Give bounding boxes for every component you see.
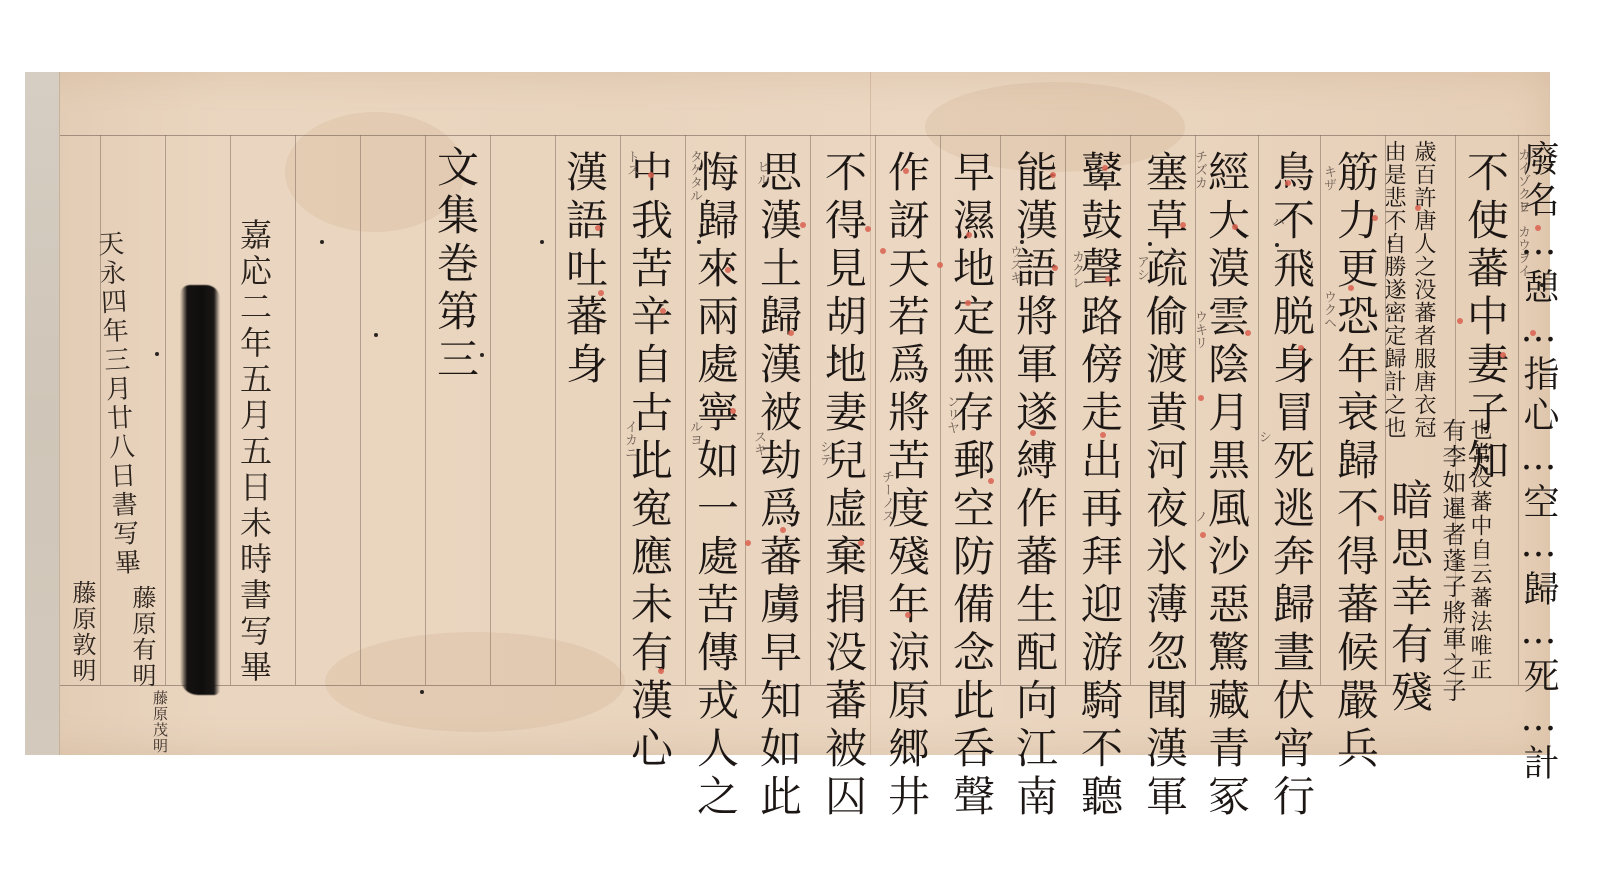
vermilion-dot <box>660 308 666 314</box>
text-column: 不得見胡地妻兒虚棄捐没蕃被囚 <box>822 150 864 822</box>
column-rule <box>1130 135 1131 685</box>
vermilion-dot <box>880 248 886 254</box>
kana-gloss: キザ <box>1322 165 1335 191</box>
column-rule <box>165 135 166 685</box>
vermilion-dot <box>1500 352 1506 358</box>
column-rule <box>360 135 361 685</box>
ink-dot <box>580 353 584 357</box>
vermilion-dot <box>658 668 664 674</box>
vermilion-dot <box>1372 215 1378 221</box>
vermilion-dot <box>1100 432 1106 438</box>
ink-dot <box>1388 240 1392 244</box>
text-column: 暗思幸有殘 <box>1388 478 1430 718</box>
kana-gloss: ルヨ <box>688 420 701 446</box>
ink-dot <box>1540 283 1544 287</box>
vermilion-dot <box>1415 205 1421 211</box>
ink-dot <box>480 353 484 357</box>
vermilion-dot <box>1030 430 1036 436</box>
paper-stain <box>325 632 625 732</box>
ink-dot <box>155 352 159 356</box>
column-rule <box>425 135 426 685</box>
vermilion-dot <box>1535 225 1541 231</box>
ink-dot <box>833 352 837 356</box>
vermilion-dot <box>1200 532 1206 538</box>
signature-small: 藤原茂明 <box>152 690 167 754</box>
vermilion-dot <box>648 172 654 178</box>
mounting-strip <box>25 72 60 755</box>
column-rule <box>875 135 876 685</box>
ink-dot <box>320 240 324 244</box>
kana-gloss: イカニ <box>623 420 636 459</box>
vermilion-dot <box>1298 345 1304 351</box>
kana-gloss: ンリヤ <box>945 395 958 434</box>
kana-gloss: ウキリ <box>1193 310 1206 349</box>
ink-dot <box>374 333 378 337</box>
column-rule <box>1258 135 1259 685</box>
vermilion-dot <box>1245 330 1251 336</box>
vermilion-dot <box>788 330 794 336</box>
signature: 藤原有明 <box>130 585 154 689</box>
vermilion-dot <box>988 478 994 484</box>
kana-gloss: シテ <box>818 440 831 466</box>
ink-dot <box>540 240 544 244</box>
vermilion-dot <box>1232 224 1238 230</box>
text-column: 筋力更恐年衰歸不得蕃候嚴兵 <box>1334 150 1376 774</box>
column-rule <box>490 135 491 685</box>
column-rule <box>295 135 296 685</box>
struck-out-colophon <box>180 285 220 695</box>
kana-gloss: ヒル <box>755 160 768 186</box>
ink-dot <box>1020 240 1024 244</box>
kana-gloss: シ <box>1257 430 1270 443</box>
vermilion-dot <box>1105 276 1111 282</box>
ink-dot <box>697 240 701 244</box>
ink-dot <box>1275 243 1279 247</box>
vermilion-dot <box>1102 165 1108 171</box>
vermilion-dot <box>905 612 911 618</box>
ink-dot <box>955 352 959 356</box>
column-rule <box>1065 135 1066 685</box>
kana-gloss: カクレ <box>1070 250 1083 289</box>
vermilion-dot <box>1180 222 1186 228</box>
column-rule <box>940 135 941 685</box>
interlinear-note: 有李如暹者蓬子將軍之子 <box>1440 418 1464 704</box>
text-column: 鳥不飛脱身冒死逃奔歸晝伏宵行 <box>1270 150 1312 822</box>
column-rule <box>1320 135 1321 685</box>
paper-seam <box>870 72 871 755</box>
vermilion-dot <box>1348 285 1354 291</box>
kana-gloss: チーノス <box>880 470 893 522</box>
column-rule <box>685 135 686 685</box>
volume-title: 文集巻第三 <box>434 145 476 385</box>
kana-gloss: アシ <box>1135 255 1148 281</box>
text-column: 中我苦辛自古此寃應未有漢心 <box>628 150 670 774</box>
column-rule <box>810 135 811 685</box>
vermilion-dot <box>1530 330 1536 336</box>
ink-dot <box>1148 242 1152 246</box>
bottom-rule-line <box>60 685 1550 686</box>
vermilion-dot <box>745 540 751 546</box>
kana-gloss: トス <box>625 150 638 176</box>
kana-gloss: カウヲイ <box>1516 225 1529 277</box>
vermilion-dot <box>780 527 786 533</box>
colophon-date: 嘉応二年五月五日未時書写畢 <box>238 218 270 686</box>
kana-gloss: ウクヘ <box>1322 290 1335 329</box>
kana-gloss: ハ <box>1270 215 1283 228</box>
text-column: 漢語吐蕃身 <box>563 150 605 390</box>
kana-gloss: ウスキ <box>1008 245 1021 284</box>
vermilion-dot <box>865 226 871 232</box>
text-column: 早濕地定無存郵空防備念此呑聲 <box>950 150 992 822</box>
vermilion-dot <box>965 300 971 306</box>
vermilion-dot <box>858 540 864 546</box>
column-rule <box>100 135 101 685</box>
text-column: 塞草疏偷渡黄河夜氷薄忽聞漢軍 <box>1143 150 1185 822</box>
vermilion-dot <box>730 408 736 414</box>
kana-gloss: スキ <box>752 430 765 456</box>
vermilion-dot <box>1457 318 1463 324</box>
ink-dot <box>1088 352 1092 356</box>
column-rule <box>230 135 231 685</box>
ink-dot <box>420 690 424 694</box>
vermilion-dot <box>598 290 604 296</box>
vermilion-dot <box>1285 180 1291 186</box>
vermilion-dot <box>1198 395 1204 401</box>
interlinear-note: 由是悲不自勝遂密定歸計之也 <box>1382 140 1404 439</box>
text-column: 經大漠雲陰月黒風沙惡驚藏青冢 <box>1205 150 1247 822</box>
top-rule-line <box>60 135 1550 136</box>
interlinear-note: 也常没蕃中自云蕃法唯正 <box>1468 418 1490 682</box>
column-rule <box>555 135 556 685</box>
vermilion-dot <box>903 168 909 174</box>
vermilion-dot <box>966 232 972 238</box>
signature: 藤原敦明 <box>70 580 94 684</box>
column-rule <box>620 135 621 685</box>
vermilion-dot <box>725 267 731 273</box>
kana-gloss: チズカ <box>1193 150 1206 189</box>
column-rule <box>745 135 746 685</box>
text-column: 鼙鼓聲路傍走出再拜迎游騎不聽 <box>1078 150 1120 822</box>
column-rule <box>1195 135 1196 685</box>
vermilion-dot <box>1378 515 1384 521</box>
vermilion-dot <box>937 262 943 268</box>
column-rule <box>1000 135 1001 685</box>
kana-gloss: タケタル <box>688 150 701 202</box>
vermilion-dot <box>595 225 601 231</box>
kana-gloss: ヲ <box>1516 200 1529 213</box>
vermilion-dot <box>800 222 806 228</box>
vermilion-dot <box>1050 172 1056 178</box>
kana-gloss: ノ <box>1193 510 1206 523</box>
vermilion-dot <box>1052 265 1058 271</box>
interlinear-note: 歳百許唐人之没蕃者服唐衣冠 <box>1412 140 1434 439</box>
text-column: 悔歸來兩處寧如一處苦傳戎人之 <box>694 150 736 822</box>
text-column: 思漢土歸漢被劫爲蕃虜早知如此 <box>757 150 799 822</box>
